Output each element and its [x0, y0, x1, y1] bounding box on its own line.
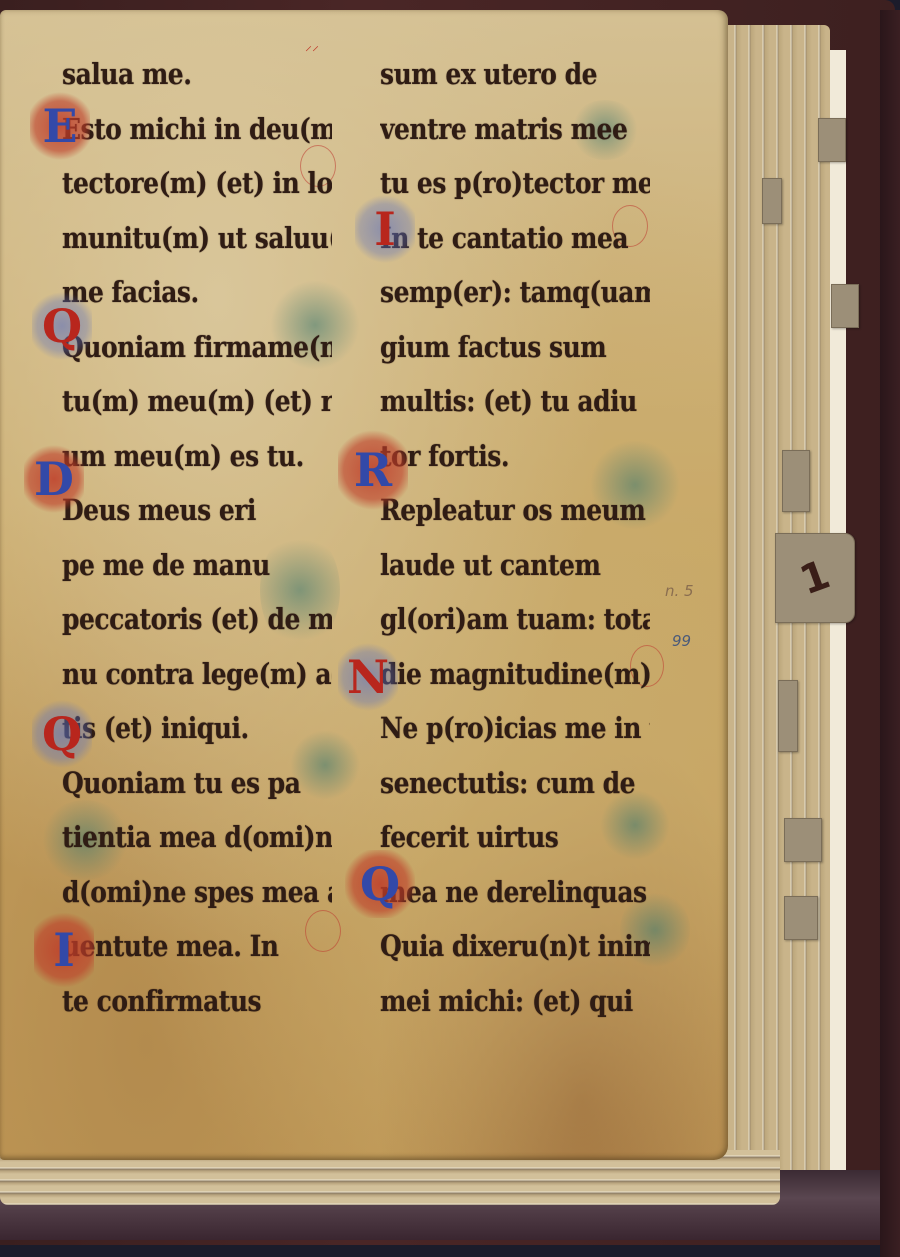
- text-line: um meu(m) es tu.: [62, 425, 332, 488]
- text-line: te confirmatus: [62, 970, 332, 1033]
- page-tab[interactable]: [818, 118, 846, 162]
- text-line: Deus meus eri: [62, 480, 332, 543]
- text-line: fecerit uirtus: [380, 807, 650, 870]
- decorated-initial: Q: [32, 700, 92, 768]
- text-column-left: salua me. Esto michi in deu(m) p(ro) tec…: [62, 48, 332, 1029]
- tab-number-label: 1: [763, 523, 866, 632]
- decorated-initial: N: [338, 643, 398, 711]
- pencil-note-faint: n. 5: [665, 582, 694, 600]
- text-line: tu(m) meu(m) (et) refugi: [62, 371, 332, 434]
- text-line: In te cantatio mea: [380, 207, 650, 270]
- text-line: Ne p(ro)icias me in t(em)p(o)re: [380, 698, 650, 761]
- page-tab[interactable]: [782, 450, 810, 512]
- page-tab[interactable]: [831, 284, 859, 328]
- page-tab[interactable]: [778, 680, 798, 752]
- text-line: Quia dixeru(n)t inimici: [380, 916, 650, 979]
- decorated-initial: E: [30, 92, 90, 160]
- text-line: mei michi: (et) qui: [380, 970, 650, 1033]
- text-line: gl(ori)am tuam: tota: [380, 589, 650, 652]
- decorated-initial: I: [355, 195, 415, 263]
- text-line: mea ne derelinquas me.: [380, 861, 650, 924]
- decorated-initial: I: [34, 910, 94, 990]
- decorated-initial: Q: [345, 850, 415, 918]
- text-line: gium factus sum: [380, 316, 650, 379]
- text-line: semp(er): tamq(uam) p(ro)di: [380, 262, 650, 325]
- text-line: ventre matris mee: [380, 98, 650, 161]
- text-line: Quoniam tu es pa: [62, 752, 332, 815]
- text-line: me facias.: [62, 262, 332, 325]
- text-line: tis (et) iniqui.: [62, 698, 332, 761]
- page-tab[interactable]: [784, 896, 818, 940]
- text-line: nu contra lege(m) agen: [62, 643, 332, 706]
- text-line: sum ex utero de: [380, 44, 650, 107]
- text-line: tientia mea d(omi)ne: [62, 807, 332, 870]
- decorated-initial: Q: [32, 292, 92, 360]
- text-column-right: sum ex utero de ventre matris mee tu es …: [380, 48, 650, 1029]
- text-line: senectutis: cum de: [380, 752, 650, 815]
- page-tab[interactable]: [784, 818, 822, 862]
- text-line: salua me.: [62, 44, 332, 107]
- text-line: d(omi)ne spes mea a iu: [62, 861, 332, 924]
- decorated-initial: R: [338, 430, 408, 510]
- decorated-initial: D: [24, 445, 84, 513]
- text-line: uentute mea. In: [62, 916, 332, 979]
- text-line: Esto michi in deu(m) p(ro): [62, 98, 332, 161]
- text-line: peccatoris (et) de ma: [62, 589, 332, 652]
- text-line: tu es p(ro)tector me(us).: [380, 153, 650, 216]
- manuscript-leaf: ⸍⸍ salua me. Esto michi in deu(m) p(ro) …: [0, 10, 728, 1160]
- page-tab-numbered[interactable]: 1: [775, 533, 855, 623]
- text-line: tor fortis.: [380, 425, 650, 488]
- text-line: laude ut cantem: [380, 534, 650, 597]
- text-line: Repleatur os meum: [380, 480, 650, 543]
- text-line: multis: (et) tu adiu: [380, 371, 650, 434]
- page-tab[interactable]: [762, 178, 782, 224]
- text-line: munitu(m) ut saluu(m): [62, 207, 332, 270]
- binding-edge: [880, 10, 900, 1257]
- text-line: Quoniam firmame(n): [62, 316, 332, 379]
- text-line: pe me de manu: [62, 534, 332, 597]
- text-line: die magnitudine(m) tua(m).: [380, 643, 650, 706]
- text-line: tectore(m) (et) in locu(m): [62, 153, 332, 216]
- pencil-folio-number: 99: [672, 632, 691, 650]
